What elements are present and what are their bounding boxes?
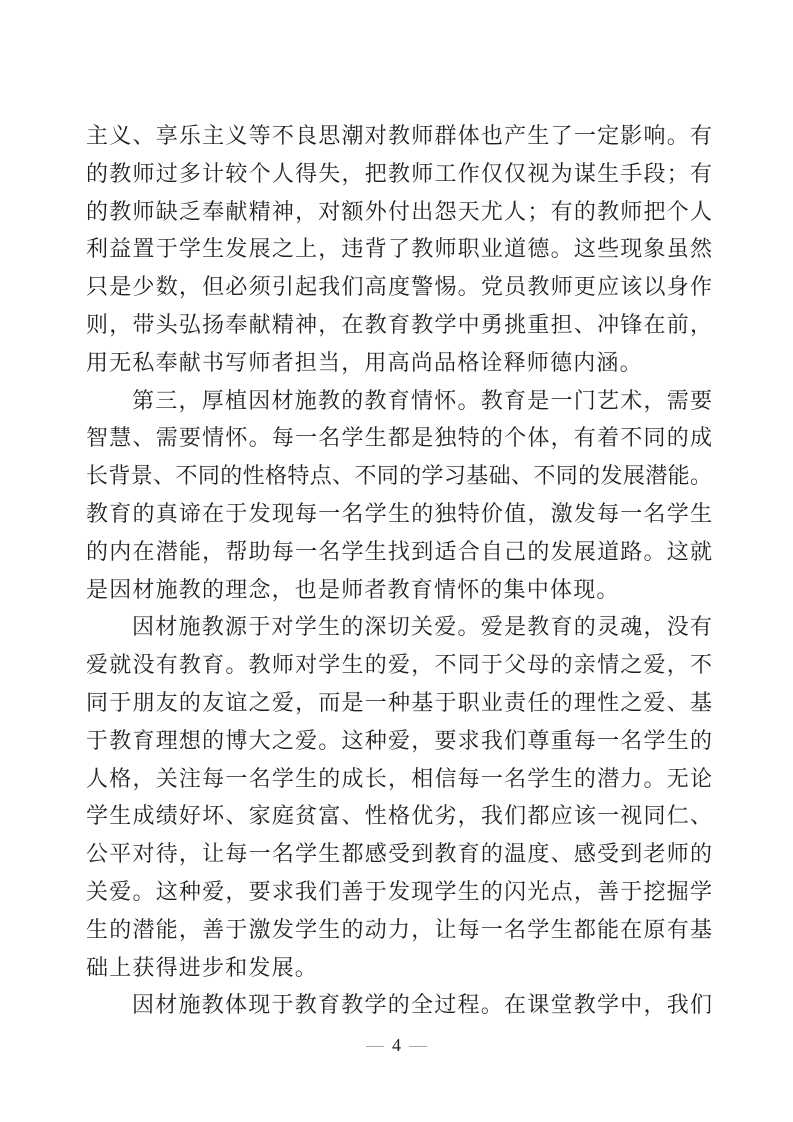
text-line: 同于朋友的友谊之爱，而是一种基于职业责任的理性之爱、基	[86, 684, 712, 722]
text-line: 是因材施教的理念，也是师者教育情怀的集中体现。	[86, 571, 712, 609]
text-line: 的教师缺乏奉献精神，对额外付出怨天尤人；有的教师把个人	[86, 193, 712, 231]
text-line: 爱就没有教育。教师对学生的爱，不同于父母的亲情之爱，不	[86, 646, 712, 684]
footer-dash-right: —	[409, 1035, 427, 1055]
text-line: 因材施教源于对学生的深切关爱。爱是教育的灵魂，没有	[86, 608, 712, 646]
text-line: 主义、享乐主义等不良思潮对教师群体也产生了一定影响。有	[86, 117, 712, 155]
text-line: 教育的真谛在于发现每一名学生的独特价值，激发每一名学生	[86, 495, 712, 533]
text-line: 生的潜能，善于激发学生的动力，让每一名学生都能在原有基	[86, 911, 712, 949]
document-page: 主义、享乐主义等不良思潮对教师群体也产生了一定影响。有的教师过多计较个人得失，把…	[0, 0, 793, 1122]
text-line: 于教育理想的博大之爱。这种爱，要求我们尊重每一名学生的	[86, 722, 712, 760]
text-line: 的教师过多计较个人得失，把教师工作仅仅视为谋生手段；有	[86, 155, 712, 193]
text-line: 用无私奉献书写师者担当，用高尚品格诠释师德内涵。	[86, 344, 712, 382]
footer-dash-left: —	[366, 1035, 384, 1055]
text-line: 的内在潜能，帮助每一名学生找到适合自己的发展道路。这就	[86, 533, 712, 571]
text-line: 利益置于学生发展之上，违背了教师职业道德。这些现象虽然	[86, 230, 712, 268]
text-line: 长背景、不同的性格特点、不同的学习基础、不同的发展潜能。	[86, 457, 712, 495]
text-line: 学生成绩好坏、家庭贫富、性格优劣，我们都应该一视同仁、	[86, 797, 712, 835]
document-body: 主义、享乐主义等不良思潮对教师群体也产生了一定影响。有的教师过多计较个人得失，把…	[86, 117, 712, 1024]
text-line: 公平对待，让每一名学生都感受到教育的温度、感受到老师的	[86, 835, 712, 873]
text-line: 因材施教体现于教育教学的全过程。在课堂教学中，我们	[86, 986, 712, 1024]
page-footer: —4—	[0, 1034, 793, 1056]
text-line: 只是少数，但必须引起我们高度警惕。党员教师更应该以身作	[86, 268, 712, 306]
text-line: 则，带头弘扬奉献精神，在教育教学中勇挑重担、冲锋在前，	[86, 306, 712, 344]
text-line: 第三，厚植因材施教的教育情怀。教育是一门艺术，需要	[86, 382, 712, 420]
text-line: 智慧、需要情怀。每一名学生都是独特的个体，有着不同的成	[86, 419, 712, 457]
text-line: 关爱。这种爱，要求我们善于发现学生的闪光点，善于挖掘学	[86, 873, 712, 911]
text-line: 人格，关注每一名学生的成长，相信每一名学生的潜力。无论	[86, 760, 712, 798]
text-line: 础上获得进步和发展。	[86, 949, 712, 987]
page-number: 4	[392, 1035, 401, 1055]
